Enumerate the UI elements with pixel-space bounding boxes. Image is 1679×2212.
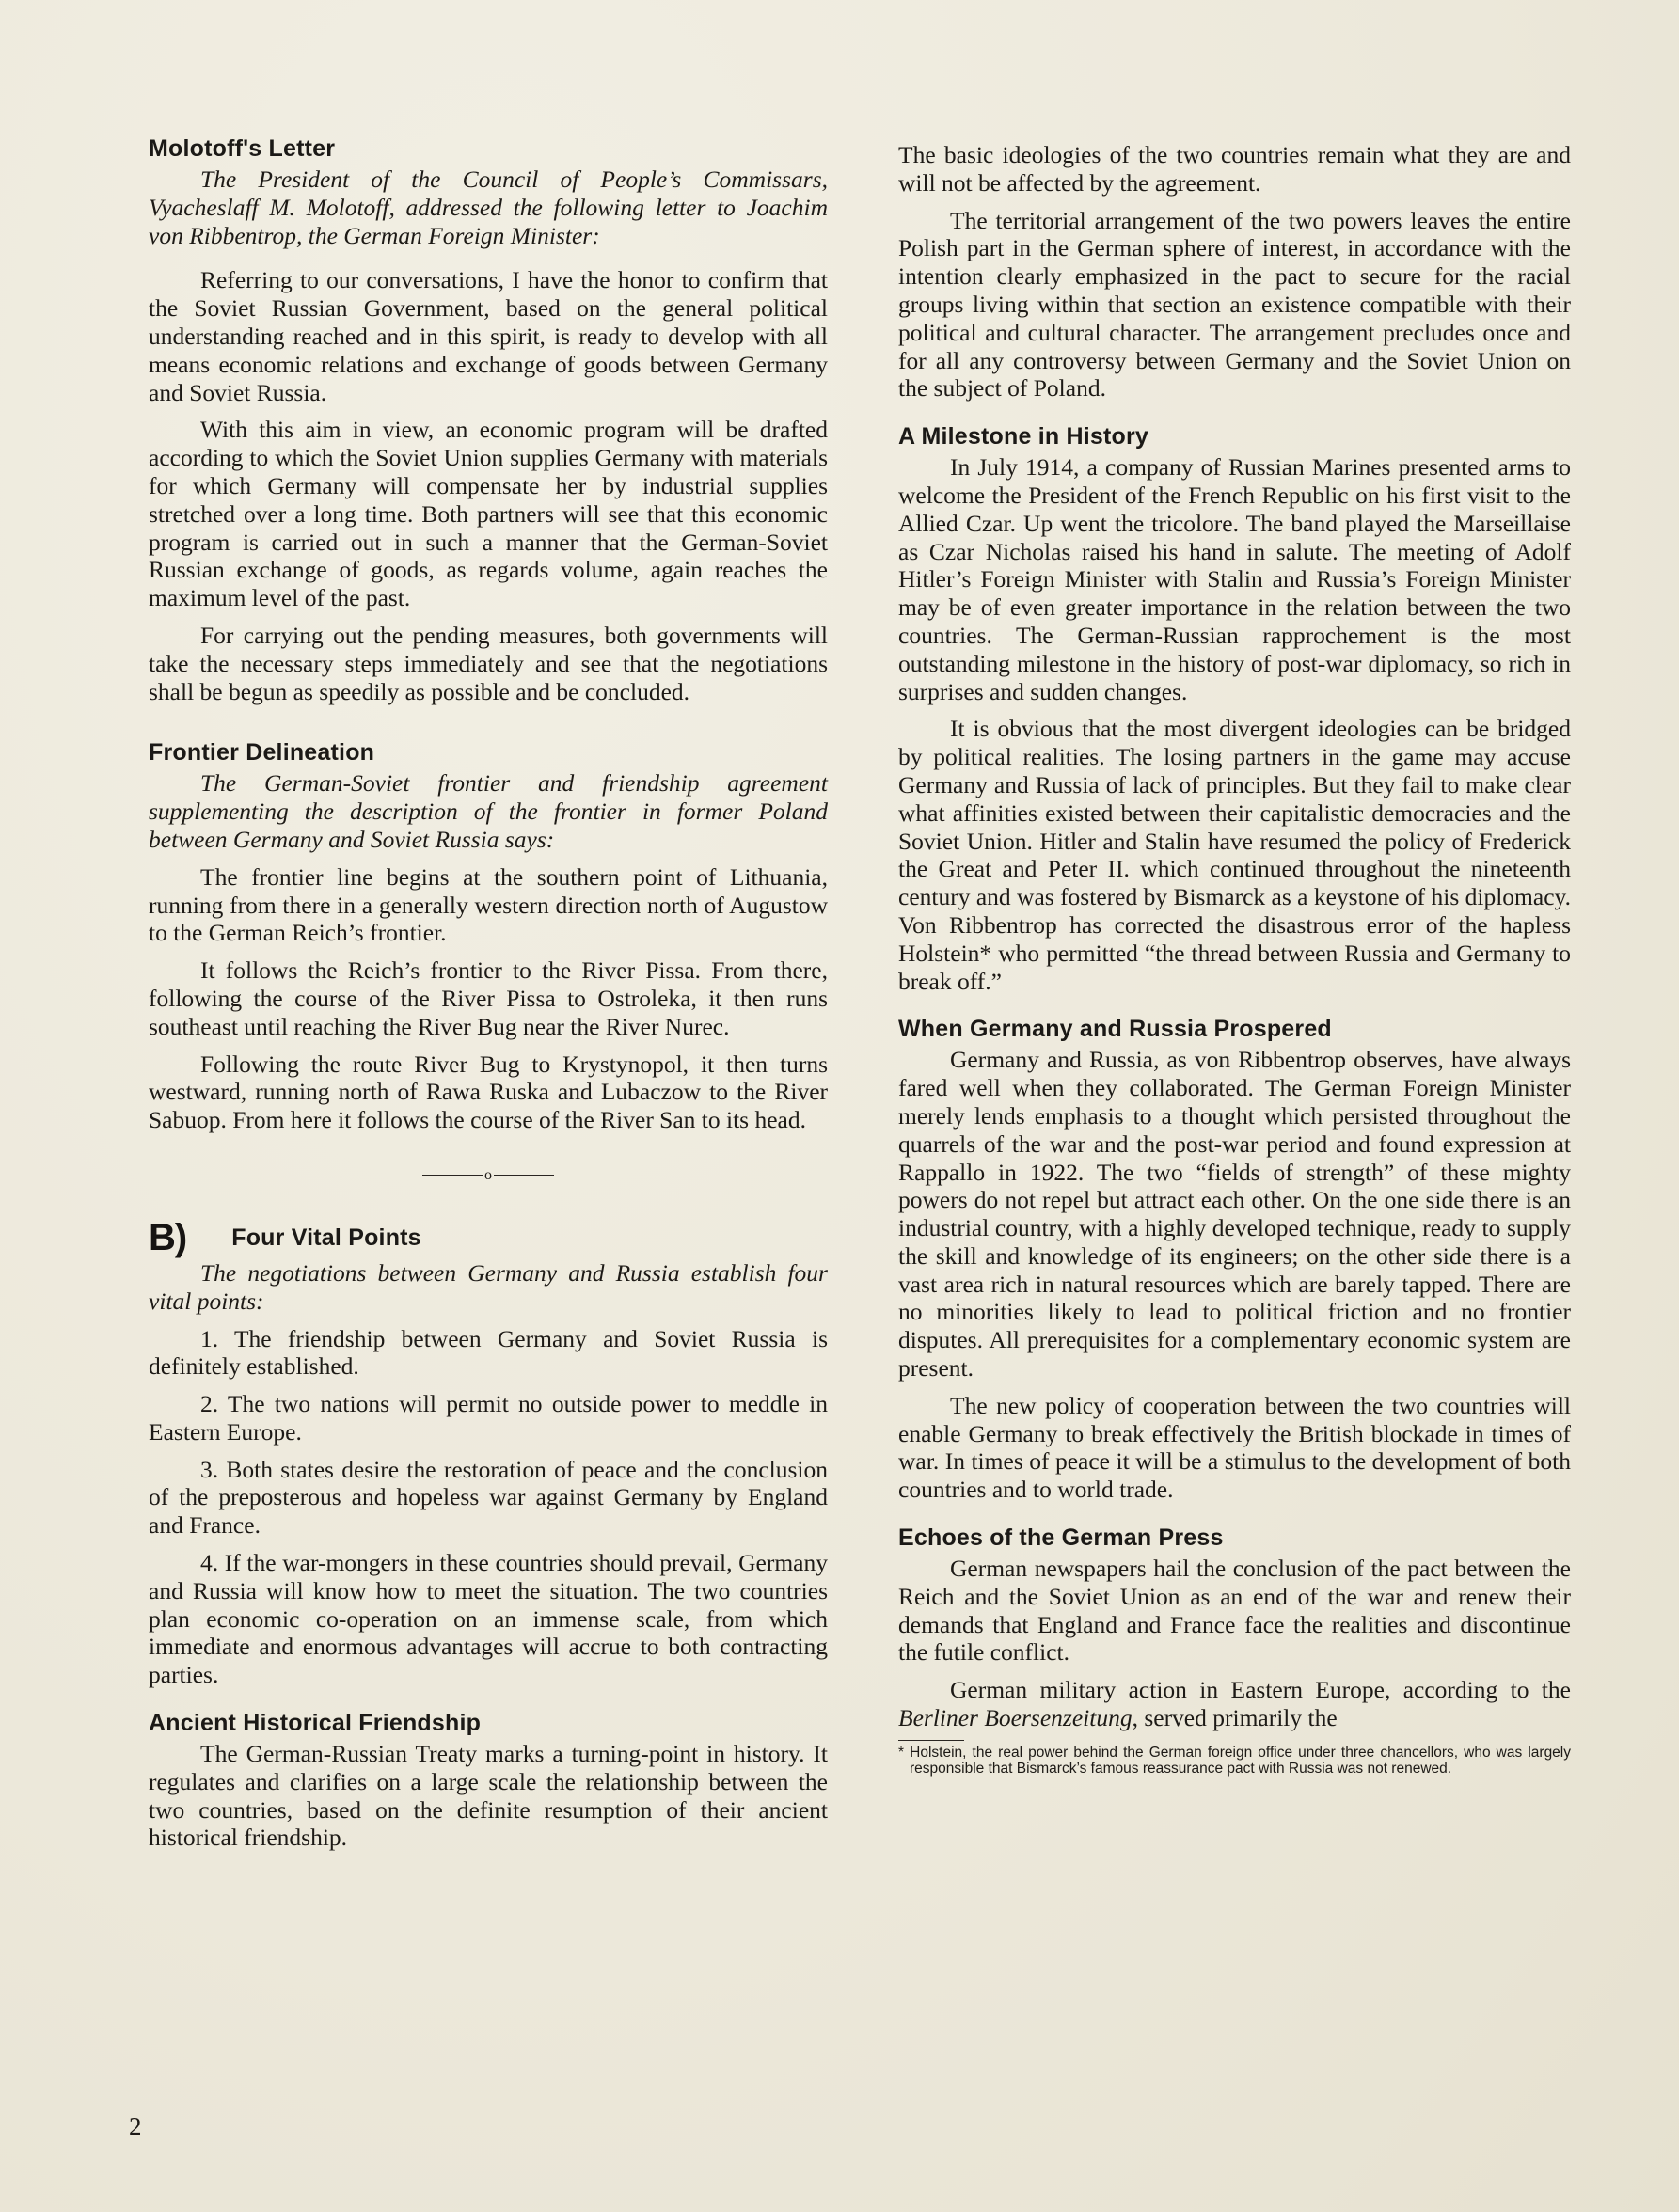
- section-frontier-delineation: Frontier Delineation The German-Soviet f…: [149, 735, 828, 1134]
- paragraph: The basic ideologies of the two countrie…: [898, 141, 1571, 197]
- paragraph-text: , served primarily the: [1133, 1704, 1338, 1731]
- paragraph: The frontier line begins at the southern…: [149, 863, 828, 947]
- section-heading: When Germany and Russia Prospered: [898, 1012, 1571, 1046]
- footnote: * Holstein, the real power behind the Ge…: [898, 1745, 1571, 1777]
- paragraph: It follows the Reich’s frontier to the R…: [149, 956, 828, 1040]
- left-column: Molotoff's Letter The President of the C…: [149, 132, 828, 1852]
- section-four-vital-points: B) Four Vital Points The negotiations be…: [149, 1217, 828, 1689]
- paragraph: In July 1914, a company of Russian Marin…: [898, 453, 1571, 705]
- paragraph: It is obvious that the most divergent id…: [898, 715, 1571, 995]
- section-molotoffs-letter: Molotoff's Letter The President of the C…: [149, 132, 828, 705]
- paragraph: The new policy of cooperation between th…: [898, 1392, 1571, 1504]
- section-divider: o: [149, 1168, 828, 1183]
- newspaper-title: Berliner Boersenzeitung: [898, 1704, 1133, 1731]
- section-heading: Ancient Historical Friendship: [149, 1706, 828, 1740]
- divider-ornament: o: [484, 1168, 492, 1183]
- paragraph: German military action in Eastern Europe…: [898, 1676, 1571, 1732]
- section-continuation: The basic ideologies of the two countrie…: [898, 141, 1571, 403]
- paragraph: With this aim in view, an economic progr…: [149, 416, 828, 612]
- section-header: B) Four Vital Points: [149, 1217, 828, 1259]
- section-milestone-in-history: A Milestone in History In July 1914, a c…: [898, 419, 1571, 995]
- paragraph: The German-Russian Treaty marks a turnin…: [149, 1740, 828, 1852]
- paragraph-text: German military action in Eastern Europe…: [950, 1676, 1571, 1703]
- section-letter: B): [149, 1217, 186, 1259]
- section-heading: A Milestone in History: [898, 419, 1571, 453]
- paragraph: The territorial arrangement of the two p…: [898, 207, 1571, 403]
- divider-rule: [422, 1175, 483, 1176]
- paragraph: Germany and Russia, as von Ribbentrop ob…: [898, 1046, 1571, 1382]
- page-number: 2: [129, 2112, 142, 2141]
- right-column: The basic ideologies of the two countrie…: [898, 141, 1571, 1777]
- footnote-rule: [898, 1740, 964, 1741]
- divider-rule: [494, 1175, 554, 1176]
- section-ancient-historical-friendship: Ancient Historical Friendship The German…: [149, 1706, 828, 1852]
- section-when-germany-and-russia-prospered: When Germany and Russia Prospered German…: [898, 1012, 1571, 1504]
- numbered-point: 4. If the war-mongers in these countries…: [149, 1549, 828, 1689]
- section-heading: Echoes of the German Press: [898, 1521, 1571, 1555]
- italic-intro: The negotiations between Germany and Rus…: [149, 1259, 828, 1316]
- paragraph: German newspapers hail the conclusion of…: [898, 1555, 1571, 1667]
- section-heading: Four Vital Points: [231, 1221, 421, 1255]
- paragraph: Following the route River Bug to Krystyn…: [149, 1051, 828, 1134]
- section-heading: Frontier Delineation: [149, 735, 828, 769]
- section-echoes-of-the-german-press: Echoes of the German Press German newspa…: [898, 1521, 1571, 1732]
- italic-intro: The President of the Council of People’s…: [149, 166, 828, 249]
- paragraph: Referring to our conversations, I have t…: [149, 266, 828, 406]
- italic-intro: The German-Soviet frontier and friendshi…: [149, 769, 828, 853]
- numbered-point: 2. The two nations will permit no outsid…: [149, 1390, 828, 1446]
- numbered-point: 3. Both states desire the restoration of…: [149, 1456, 828, 1540]
- paragraph: For carrying out the pending measures, b…: [149, 622, 828, 705]
- section-heading: Molotoff's Letter: [149, 132, 828, 166]
- numbered-point: 1. The friendship between Germany and So…: [149, 1325, 828, 1382]
